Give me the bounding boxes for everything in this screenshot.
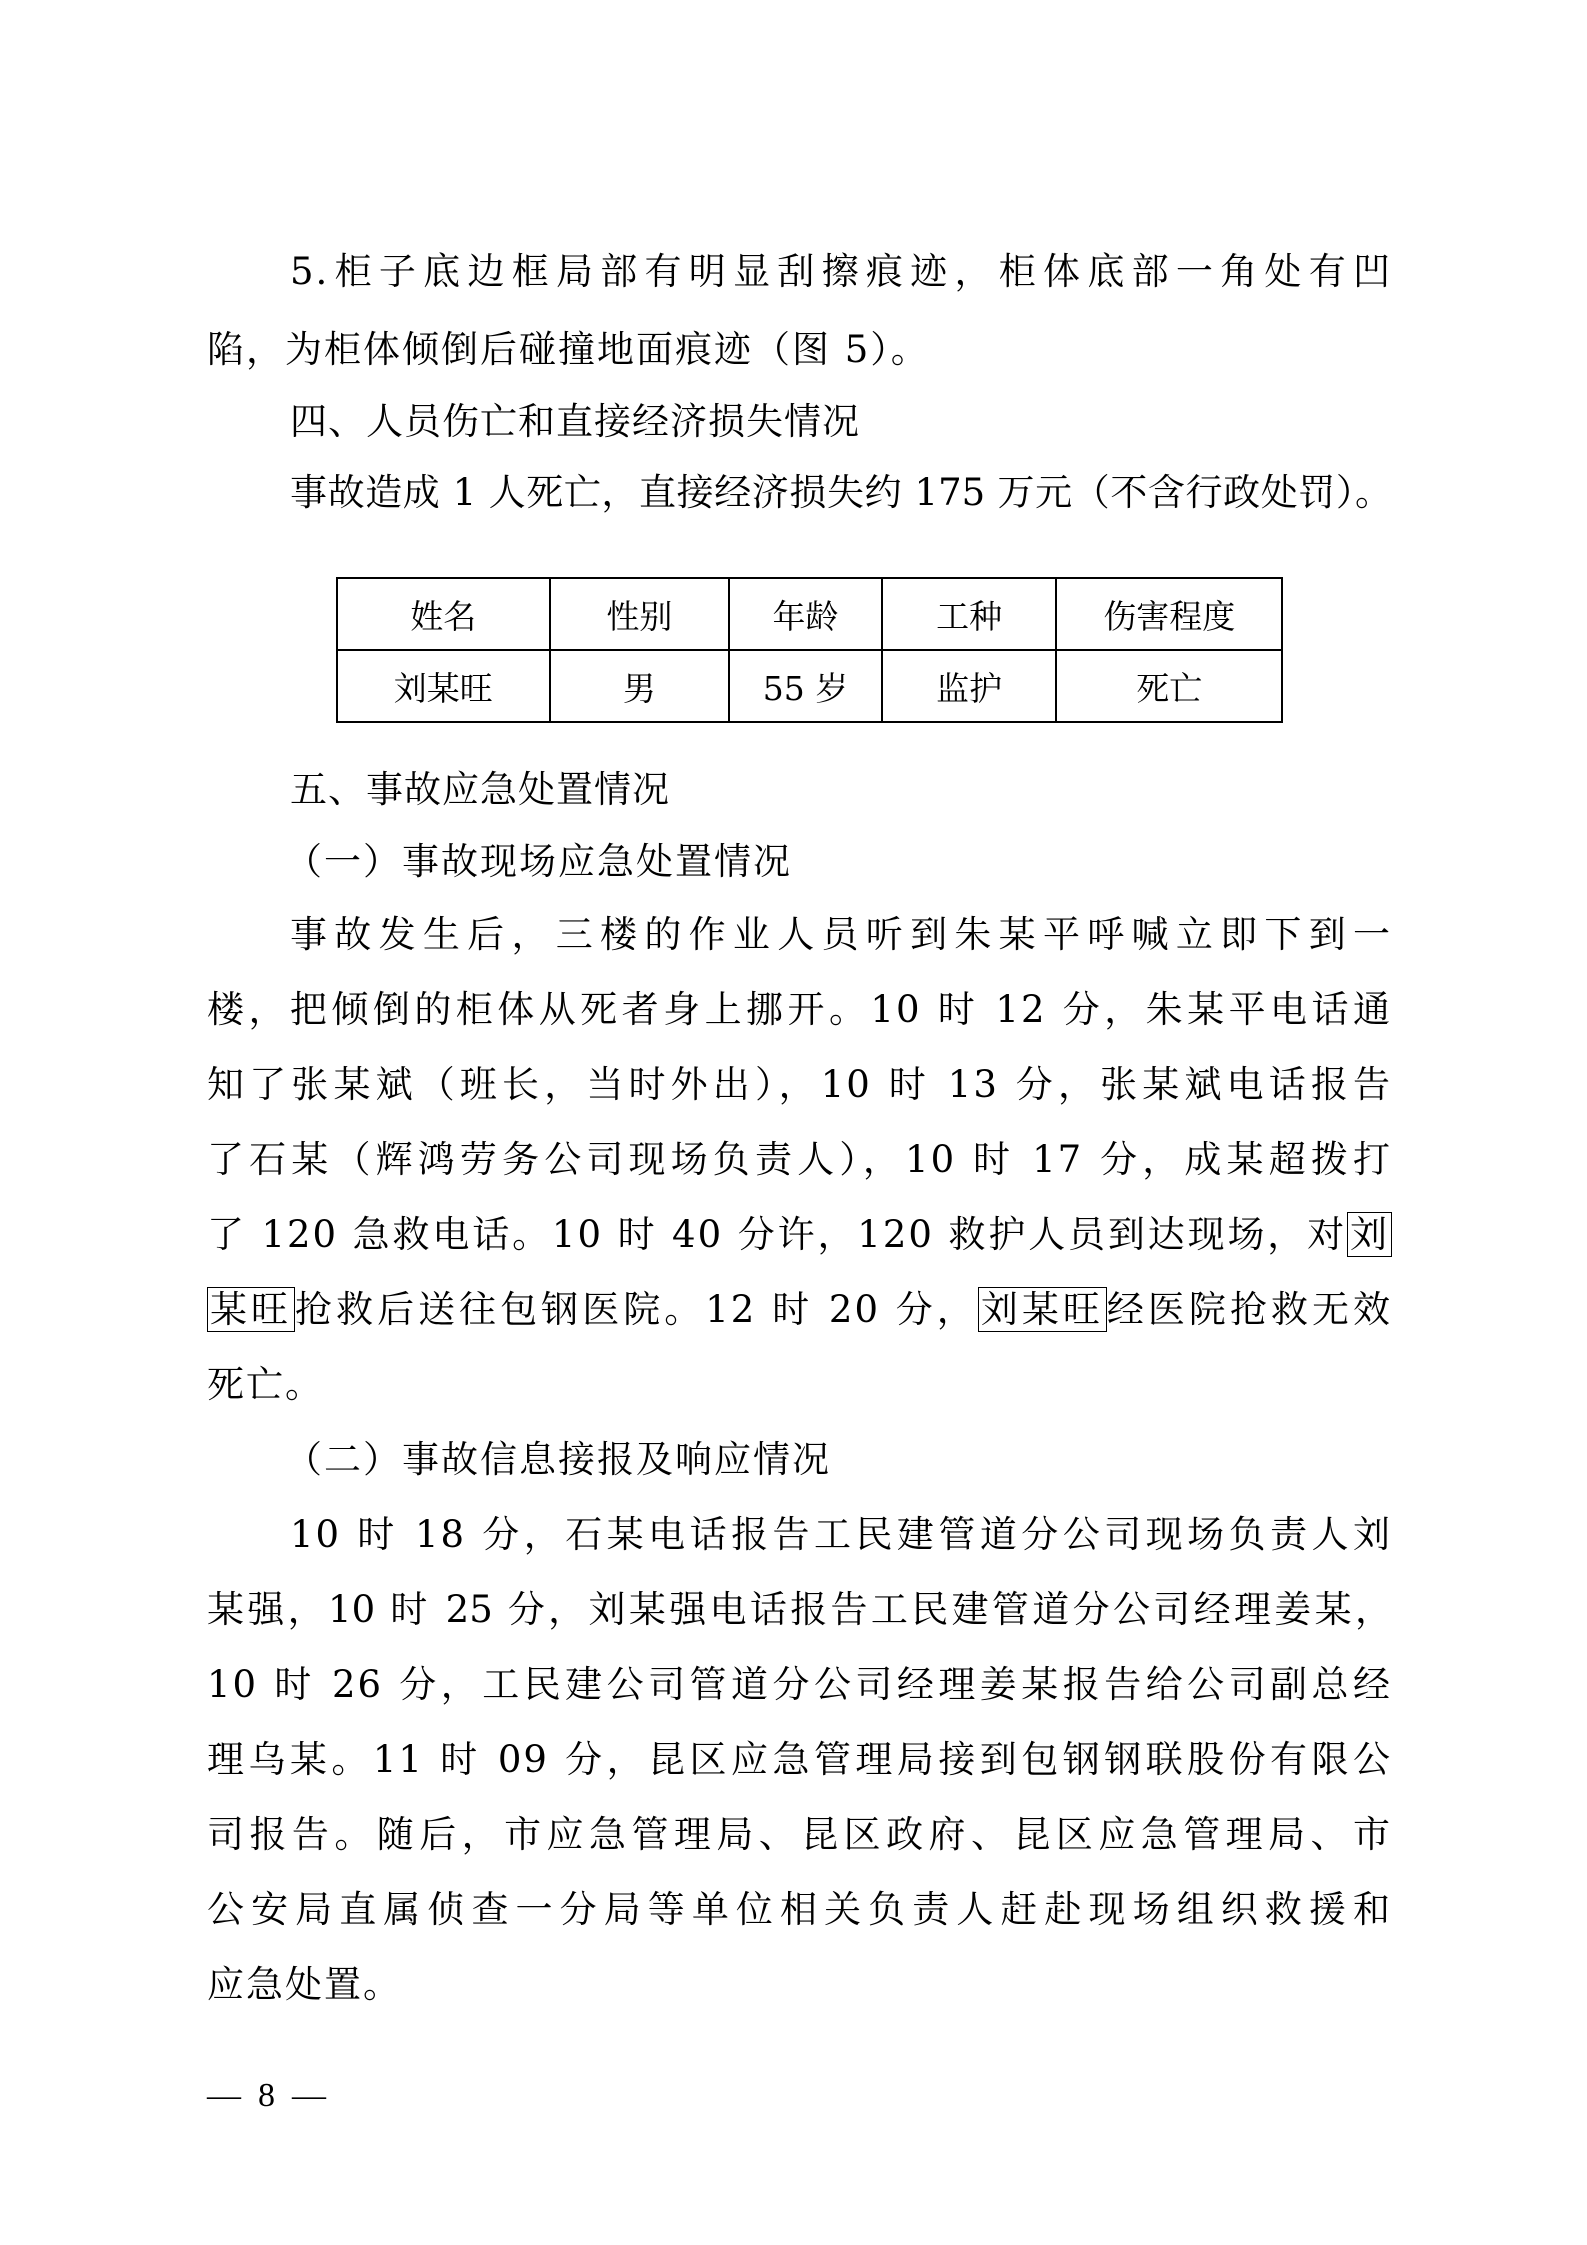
table-header-cell: 伤害程度 <box>1056 578 1282 650</box>
table-row: 刘某旺 男 55 岁 监护 死亡 <box>337 650 1282 722</box>
sub1-line1: 事故发生后，三楼的作业人员听到朱某平呼喊立即下到一 <box>290 911 1392 959</box>
section4-heading: 四、人员伤亡和直接经济损失情况 <box>290 398 1392 446</box>
sub1-line5: 了 120 急救电话。10 时 40 分许，120 救护人员到达现场，对刘 <box>207 1211 1392 1259</box>
highlighted-name-box: 刘 <box>1347 1212 1392 1257</box>
item5-line2: 陷，为柜体倾倒后碰撞地面痕迹（图 5）。 <box>207 326 1392 374</box>
section4-paragraph: 事故造成 1 人死亡，直接经济损失约 175 万元（不含行政处罚）。 <box>290 469 1392 517</box>
table-cell: 刘某旺 <box>337 650 550 722</box>
section5-sub2-heading: （二）事故信息接报及响应情况 <box>285 1436 1387 1484</box>
highlighted-name-box: 刘某旺 <box>978 1287 1107 1332</box>
table-header-cell: 性别 <box>550 578 730 650</box>
sub2-line2: 某强，10 时 25 分，刘某强电话报告工民建管道分公司经理姜某， <box>207 1586 1392 1634</box>
sub1-line6-text-a: 抢救后送往包钢医院。12 时 20 分， <box>295 1288 978 1331</box>
sub2-line6: 公安局直属侦查一分局等单位相关负责人赶赴现场组织救援和 <box>207 1886 1392 1934</box>
sub1-line6: 某旺抢救后送往包钢医院。12 时 20 分，刘某旺经医院抢救无效 <box>207 1286 1392 1334</box>
sub2-line1: 10 时 18 分，石某电话报告工民建管道分公司现场负责人刘 <box>290 1511 1392 1559</box>
highlighted-name-box: 某旺 <box>207 1287 295 1332</box>
item5-line1: 5.柜子底边框局部有明显刮擦痕迹，柜体底部一角处有凹 <box>290 248 1392 296</box>
sub1-line6-text-b: 经医院抢救无效 <box>1107 1288 1392 1331</box>
table-cell: 死亡 <box>1056 650 1282 722</box>
sub2-line7: 应急处置。 <box>207 1961 1392 2009</box>
table-header-cell: 姓名 <box>337 578 550 650</box>
page-number: — 8 — <box>207 2072 326 2120</box>
section5-heading: 五、事故应急处置情况 <box>290 766 1392 814</box>
sub2-line3: 10 时 26 分，工民建公司管道分公司经理姜某报告给公司副总经 <box>207 1661 1392 1709</box>
table-cell: 监护 <box>882 650 1057 722</box>
sub2-line5: 司报告。随后，市应急管理局、昆区政府、昆区应急管理局、市 <box>207 1811 1392 1859</box>
sub1-line3: 知了张某斌（班长，当时外出），10 时 13 分，张某斌电话报告 <box>207 1061 1392 1109</box>
table-header-row: 姓名 性别 年龄 工种 伤害程度 <box>337 578 1282 650</box>
table-cell: 男 <box>550 650 730 722</box>
table-cell: 55 岁 <box>729 650 882 722</box>
sub1-line2: 楼，把倾倒的柜体从死者身上挪开。10 时 12 分，朱某平电话通 <box>207 986 1392 1034</box>
sub1-line4: 了石某（辉鸿劳务公司现场负责人），10 时 17 分，成某超拨打 <box>207 1136 1392 1184</box>
sub1-line7: 死亡。 <box>207 1361 1392 1409</box>
table-header-cell: 年龄 <box>729 578 882 650</box>
section5-sub1-heading: （一）事故现场应急处置情况 <box>285 838 1387 886</box>
sub1-line5-text: 了 120 急救电话。10 时 40 分许，120 救护人员到达现场，对 <box>207 1213 1347 1256</box>
sub2-line4: 理乌某。11 时 09 分，昆区应急管理局接到包钢钢联股份有限公 <box>207 1736 1392 1784</box>
casualty-table: 姓名 性别 年龄 工种 伤害程度 刘某旺 男 55 岁 监护 死亡 <box>336 577 1283 723</box>
table-header-cell: 工种 <box>882 578 1057 650</box>
